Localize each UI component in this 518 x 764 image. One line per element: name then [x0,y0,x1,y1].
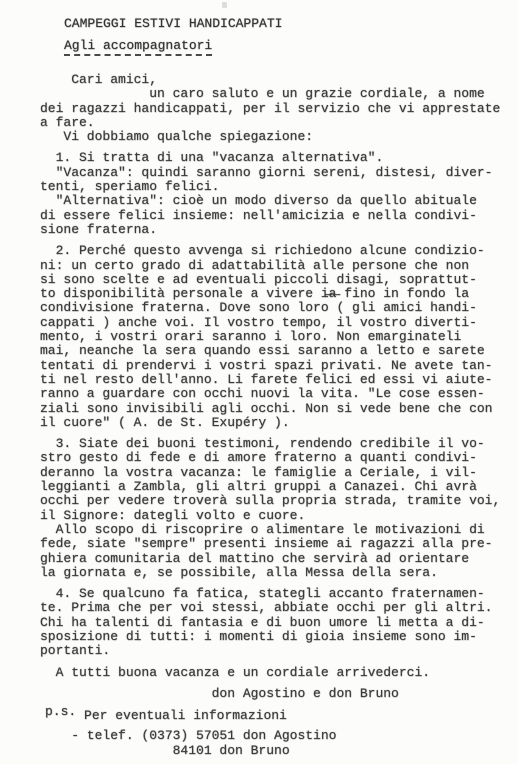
text-line: "Vacanza": quindi saranno giorni sereni,… [40,166,512,180]
paragraph-block: 3. Siate dei buoni testimoni, rendendo c… [40,437,512,580]
text-line: sposizione di tutti: i momenti di gioia … [40,630,512,644]
text-line: si sono scelte e ad eventuali piccoli di… [40,273,512,287]
paragraph-block: 4. Se qualcuno fa fatica, stategli accan… [40,587,512,658]
paragraph-block: don Agostino e don Bruno [40,687,512,701]
text-line: 1. Si tratta di una "vacanza alternativa… [40,151,512,165]
text-line: a fare. [40,116,512,130]
phone-line: 84101 don Bruno [40,744,512,758]
text-line: ranno a guardare con occhi nuovi la vita… [40,387,512,401]
text-line: ti nel resto dell'anno. Li farete felici… [40,373,512,387]
text-line: don Agostino e don Bruno [40,687,512,701]
text-line: tentati di prendervi i vostri spazi priv… [40,359,512,373]
text-line: Vi dobbiamo qualche spiegazione: [40,130,512,144]
text-line: to disponibilità personale a vivere i̶a̶… [40,287,512,301]
phone-line: - telef. (0373) 57051 don Agostino [40,729,512,743]
paragraph-block: 2. Perché questo avvenga si richiedono a… [40,244,512,430]
text-line: Cari amici, [40,73,512,87]
text-line: te. Prima che per voi stessi, abbiate oc… [40,601,512,615]
postscript-text: Per eventuali informazioni [76,708,287,723]
text-line: portanti. [40,644,512,658]
text-line: mento, i vostri orari saranno i loro. No… [40,330,512,344]
text-line: 4. Se qualcuno fa fatica, stategli accan… [40,587,512,601]
text-line: 3. Siate dei buoni testimoni, rendendo c… [40,437,512,451]
postscript-label: p.s. [45,704,76,719]
text-line: cappati ) anche voi. Il vostro tempo, il… [40,316,512,330]
scan-artifact [222,2,227,8]
text-line: ni: un certo grado di adattabilità alle … [40,259,512,273]
text-line: "Alternativa": cioè un modo diverso da q… [40,194,512,208]
document-title: CAMPEGGI ESTIVI HANDICAPPATI [64,16,512,31]
text-line: tenti, speriamo felici. [40,180,512,194]
text-line: mai, neanche la sera quando essi saranno… [40,344,512,358]
text-line: Chi ha talenti di fantasia e di buon umo… [40,616,512,630]
text-line: Allo scopo di riscoprire o alimentare le… [40,523,512,537]
text-line: la giornata e, se possibile, alla Messa … [40,566,512,580]
text-line: sione fraterna. [40,223,512,237]
text-line: stro gesto di fede e di amore fraterno a… [40,451,512,465]
text-line: il cuore" ( A. de St. Exupéry ). [40,416,512,430]
paragraph-block: 1. Si tratta di una "vacanza alternativa… [40,151,512,237]
text-line: 2. Perché questo avvenga si richiedono a… [40,244,512,258]
paragraph-block: A tutti buona vacanza e un cordiale arri… [40,666,512,680]
text-line: un caro saluto e un grazie cordiale, a n… [40,87,512,101]
document-subtitle-row: Agli accompagnatori [64,39,512,57]
text-line: di essere felici insieme: nell'amicizia … [40,209,512,223]
text-line: condivisione fraterna. Dove sono loro ( … [40,301,512,315]
text-line: ghiera comunitaria del mattino che servi… [40,552,512,566]
text-line: dei ragazzi handicappati, per il servizi… [40,102,512,116]
letter-body: Cari amici, un caro saluto e un grazie c… [40,73,512,701]
text-line: fede, siate "sempre" presenti insieme ai… [40,537,512,551]
text-line: deranno la vostra vacanza: le famiglie a… [40,466,512,480]
document-subtitle: Agli accompagnatori [64,39,212,56]
text-line: occhi per vedere troverà sulla propria s… [40,494,512,508]
phone-info: - telef. (0373) 57051 don Agostino 84101… [40,729,512,758]
text-line: leggianti a Zambla, gli altri gruppi a C… [40,480,512,494]
paragraph-block: Cari amici, un caro saluto e un grazie c… [40,73,512,144]
postscript-row: p.s. Per eventuali informazioni [45,709,512,723]
text-line: A tutti buona vacanza e un cordiale arri… [40,666,512,680]
scanned-letter-page: CAMPEGGI ESTIVI HANDICAPPATI Agli accomp… [0,0,518,764]
text-line: ziali sono invisibili agli occhi. Non si… [40,402,512,416]
text-line: il Signore: dategli volto e cuore. [40,509,512,523]
